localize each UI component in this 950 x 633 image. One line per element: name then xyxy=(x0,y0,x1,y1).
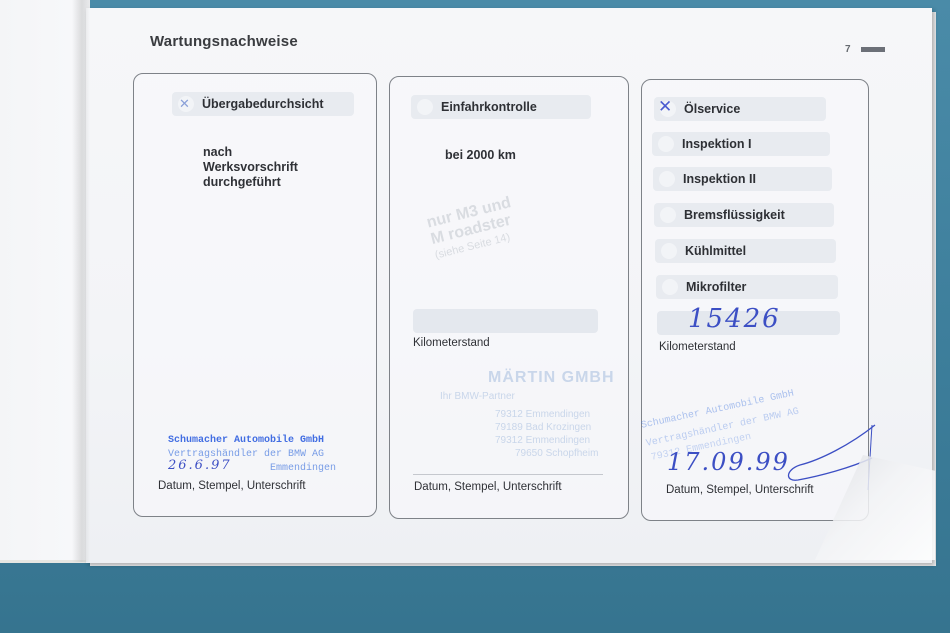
option-label: Übergabedurchsicht xyxy=(202,97,324,111)
checkbox-icon[interactable] xyxy=(660,207,676,223)
checkbox-icon[interactable] xyxy=(417,99,433,115)
faint-stamp-name: MÄRTIN GMBH xyxy=(488,371,615,384)
option-label: Einfahrkontrolle xyxy=(441,100,537,114)
checkbox-icon[interactable] xyxy=(659,171,675,187)
option-label: Kühlmittel xyxy=(685,244,746,258)
km-label: Kilometerstand xyxy=(413,337,490,349)
card1-description: nach Werksvorschrift durchgeführt xyxy=(203,145,298,190)
option-label: Inspektion II xyxy=(683,172,756,186)
option-label: Bremsflüssigkeit xyxy=(684,208,785,222)
option-kuehlmittel[interactable]: Kühlmittel xyxy=(655,239,836,263)
handwritten-date: 26.6.97 xyxy=(168,458,232,473)
checkbox-checked-icon[interactable] xyxy=(178,96,194,112)
option-label: Inspektion I xyxy=(682,137,751,151)
km-label: Kilometerstand xyxy=(659,341,736,353)
signature-label: Datum, Stempel, Unterschrift xyxy=(414,481,562,493)
faint-stamp-line: 79189 Bad Krozingen xyxy=(495,421,591,434)
faint-stamp-line: Ihr BMW-Partner xyxy=(440,390,515,403)
option-label: Ölservice xyxy=(684,102,740,116)
description-line: durchgeführt xyxy=(203,175,298,190)
checkbox-icon[interactable] xyxy=(661,243,677,259)
checkbox-icon[interactable] xyxy=(662,279,678,295)
page-title: Wartungsnachweise xyxy=(150,33,298,50)
page-tab-marker xyxy=(861,47,885,52)
page-number: 7 xyxy=(845,44,851,55)
checkbox-checked-icon[interactable] xyxy=(660,101,676,117)
checkbox-icon[interactable] xyxy=(658,136,674,152)
booklet-gutter xyxy=(72,0,90,562)
option-inspektion-1[interactable]: Inspektion I xyxy=(652,132,830,156)
km-field[interactable] xyxy=(413,309,598,333)
option-inspektion-2[interactable]: Inspektion II xyxy=(653,167,832,191)
faint-stamp-line: 79650 Schopfheim xyxy=(515,447,598,460)
option-oelservice[interactable]: Ölservice xyxy=(654,97,826,121)
signature-label: Datum, Stempel, Unterschrift xyxy=(666,484,814,496)
km-value-handwritten: 15426 xyxy=(688,304,781,334)
description-line: nach xyxy=(203,145,298,160)
card2-description: bei 2000 km xyxy=(445,148,516,163)
faint-stamp-line: 79312 Emmendingen xyxy=(495,434,590,447)
faint-stamp-line: 79312 Emmendingen xyxy=(495,408,590,421)
option-label: Mikrofilter xyxy=(686,280,746,294)
signature-label: Datum, Stempel, Unterschrift xyxy=(158,480,306,492)
option-uebergabedurchsicht[interactable]: Übergabedurchsicht xyxy=(172,92,354,116)
dealer-stamp-name: Schumacher Automobile GmbH xyxy=(168,434,324,447)
dealer-stamp-city: Emmendingen xyxy=(270,462,336,475)
date-handwritten: 17.09.99 xyxy=(667,448,790,476)
description-line: Werksvorschrift xyxy=(203,160,298,175)
signature-line xyxy=(413,474,603,475)
option-mikrofilter[interactable]: Mikrofilter xyxy=(656,275,838,299)
option-bremsfluessigkeit[interactable]: Bremsflüssigkeit xyxy=(654,203,834,227)
option-einfahrkontrolle[interactable]: Einfahrkontrolle xyxy=(411,95,591,119)
